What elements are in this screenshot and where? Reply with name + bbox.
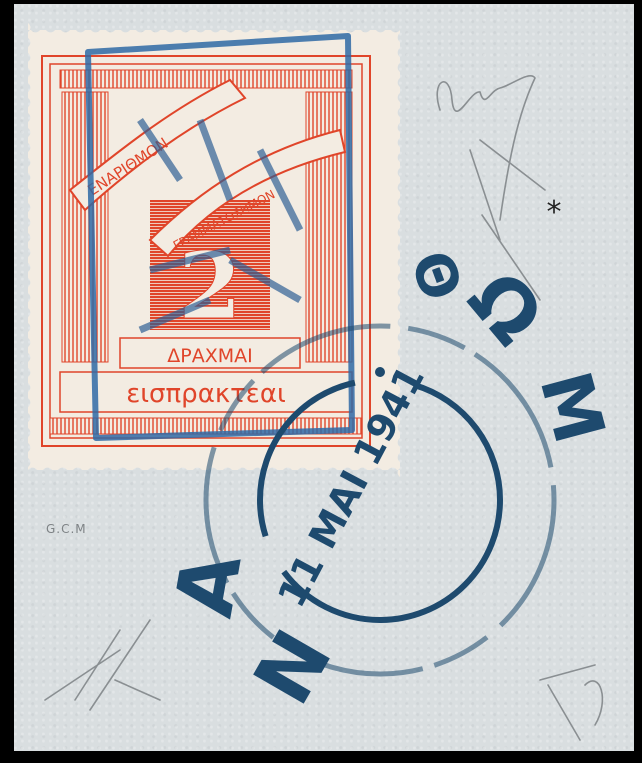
value-numeral: 2 <box>178 232 242 340</box>
pencil-mark-left <box>45 620 160 710</box>
ring-letter: Μ <box>524 363 621 452</box>
inscription-text: εισπρακτεαι <box>126 379 286 409</box>
ring-letter: Θ <box>397 243 474 310</box>
stamp: ΕΝΑΡΙΘΜΟΝ ΓΡΑΜΜΑΤΟΣΗΜΟΝ 2 ΔΡΑΧΜΑΙ εισπρα… <box>28 23 400 477</box>
stamp-scene: ΕΝΑΡΙΘΜΟΝ ΓΡΑΜΜΑΤΟΣΗΜΟΝ 2 ΔΡΑΧΜΑΙ εισπρα… <box>0 0 642 763</box>
ring-letter: Α <box>157 546 259 623</box>
pencil-mark-right <box>540 665 602 740</box>
currency-text: ΔΡΑΧΜΑΙ <box>167 345 252 367</box>
asterisk-mark: * <box>547 195 562 230</box>
ring-letter: Ν <box>236 615 350 719</box>
expert-mark: G.C.M <box>46 522 87 536</box>
